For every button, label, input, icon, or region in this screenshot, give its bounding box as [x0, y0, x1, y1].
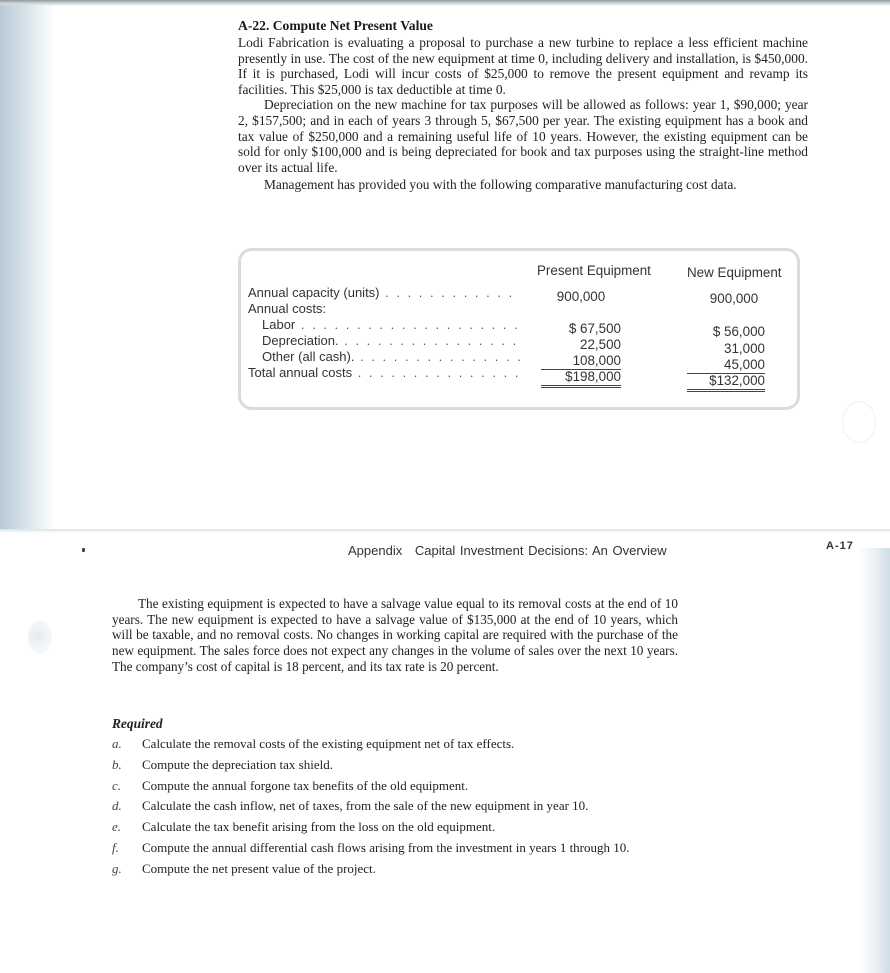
- item-letter: c.: [112, 776, 142, 797]
- present-labor: $ 67,500: [541, 321, 621, 337]
- present-total-annual-costs: $198,000: [541, 369, 621, 388]
- required-item: d.Calculate the cash inflow, net of taxe…: [112, 796, 712, 817]
- item-text: Compute the annual forgone tax benefits …: [142, 776, 712, 797]
- new-labor: $ 56,000: [687, 324, 765, 340]
- new-other-cash: 45,000: [687, 357, 765, 374]
- cost-comparison-table: Present Equipment New Equipment Annual c…: [238, 248, 800, 410]
- required-item: g.Compute the net present value of the p…: [112, 859, 712, 880]
- item-text: Calculate the removal costs of the exist…: [142, 734, 712, 755]
- new-annual-capacity: 900,000: [687, 291, 781, 307]
- continuation-paragraph: The existing equipment is expected to ha…: [112, 596, 678, 675]
- new-depreciation: 31,000: [687, 341, 765, 357]
- running-footer: Appendix Capital Investment Decisions: A…: [348, 543, 667, 558]
- binder-hole: [842, 401, 876, 443]
- binder-hole: [28, 620, 52, 654]
- required-section: Required a.Calculate the removal costs o…: [112, 716, 712, 880]
- item-text: Calculate the tax benefit arising from t…: [142, 817, 712, 838]
- required-item: e.Calculate the tax benefit arising from…: [112, 817, 712, 838]
- required-heading: Required: [112, 716, 712, 732]
- header-new-equipment: New Equipment: [687, 265, 782, 280]
- row-label-depreciation: Depreciation. . . . . . . . . . . . . . …: [262, 333, 520, 349]
- item-letter: b.: [112, 755, 142, 776]
- continuation-text: The existing equipment is expected to ha…: [112, 596, 678, 675]
- item-letter: f.: [112, 838, 142, 859]
- page-shadow: [858, 548, 890, 973]
- problem-paragraph-1: Lodi Fabrication is evaluating a proposa…: [238, 35, 808, 97]
- page-number: A-17: [826, 540, 854, 552]
- header-present-equipment: Present Equipment: [537, 263, 651, 278]
- item-letter: g.: [112, 859, 142, 880]
- item-letter: d.: [112, 796, 142, 817]
- row-label-annual-costs: Annual costs:: [248, 301, 520, 317]
- present-depreciation: 22,500: [541, 337, 621, 353]
- item-letter: a.: [112, 734, 142, 755]
- required-item: f.Compute the annual differential cash f…: [112, 838, 712, 859]
- row-label-annual-capacity: Annual capacity (units) . . . . . . . . …: [248, 285, 520, 301]
- problem-paragraph-3: Management has provided you with the fol…: [238, 177, 808, 193]
- scan-mark: [82, 548, 85, 552]
- item-text: Compute the annual differential cash flo…: [142, 838, 712, 859]
- item-text: Compute the net present value of the pro…: [142, 859, 712, 880]
- footer-section: Appendix: [348, 543, 402, 558]
- item-text: Compute the depreciation tax shield.: [142, 755, 712, 776]
- footer-chapter-title: Capital Investment Decisions: An Overvie…: [415, 543, 667, 558]
- problem-statement: A-22. Compute Net Present Value Lodi Fab…: [238, 18, 808, 193]
- item-text: Calculate the cash inflow, net of taxes,…: [142, 796, 712, 817]
- row-label-other-cash: Other (all cash). . . . . . . . . . . . …: [262, 349, 520, 365]
- problem-title: A-22. Compute Net Present Value: [238, 18, 808, 34]
- problem-paragraph-2: Depreciation on the new machine for tax …: [238, 97, 808, 175]
- row-label-total-annual-costs: Total annual costs . . . . . . . . . . .…: [248, 365, 520, 381]
- new-total-annual-costs: $132,000: [687, 373, 765, 392]
- page-edge: [0, 529, 890, 533]
- required-item: c.Compute the annual forgone tax benefit…: [112, 776, 712, 797]
- required-item: a.Calculate the removal costs of the exi…: [112, 734, 712, 755]
- present-annual-capacity: 900,000: [541, 289, 621, 305]
- item-letter: e.: [112, 817, 142, 838]
- row-label-labor: Labor . . . . . . . . . . . . . . . . . …: [262, 317, 520, 333]
- present-other-cash: 108,000: [541, 353, 621, 370]
- required-item: b.Compute the depreciation tax shield.: [112, 755, 712, 776]
